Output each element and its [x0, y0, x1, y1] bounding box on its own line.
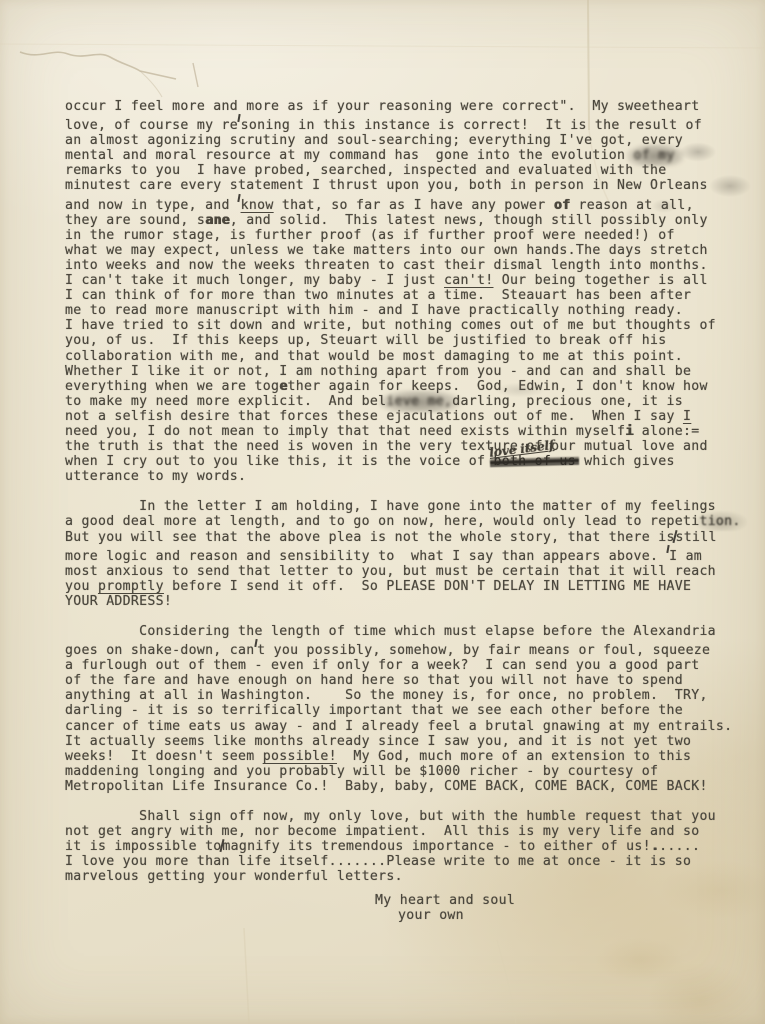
typewritten-line: me to read more manuscript with him - an…	[65, 303, 750, 318]
typewritten-line: cancer of time eats us away - and I alre…	[65, 719, 750, 734]
underlined-text: I	[683, 409, 691, 424]
typewritten-line: a good deal more at length, and to go on…	[65, 514, 750, 529]
typewritten-line: I have tried to sit down and write, but …	[65, 318, 750, 333]
underlined-text: can't!	[444, 273, 493, 288]
typewritten-line: to make my need more explicit. And belie…	[65, 394, 750, 409]
typewritten-line: Whether I like it or not, I am nothing a…	[65, 364, 750, 379]
typewritten-line: I can think of for more than two minutes…	[65, 288, 750, 303]
underlined-text: know	[241, 198, 274, 213]
typewritten-line: in the rumor stage, is further proof (as…	[65, 228, 750, 243]
typewritten-line: more logic and reason and sensibility to…	[65, 545, 750, 564]
signature-line-1: My heart and soul	[375, 893, 515, 908]
typewritten-line: most anxious to send that letter to you,…	[65, 564, 750, 579]
overstruck-text: of	[554, 198, 570, 213]
typewritten-line: YOUR ADDRESS!	[65, 594, 750, 609]
typewritten-line: In the letter I am holding, I have gone …	[65, 499, 750, 514]
ink-smudge: tion.	[699, 514, 740, 529]
typewritten-line: maddening longing and you probably will …	[65, 764, 750, 779]
pen-tick-mark	[237, 114, 240, 122]
typewritten-line: you promptly before I send it off. So PL…	[65, 579, 750, 594]
typewritten-line: the truth is that the need is woven in t…	[65, 439, 750, 454]
letter-paragraph: In the letter I am holding, I have gone …	[65, 499, 750, 609]
typewritten-line: utterance to my words.	[65, 469, 750, 484]
typewritten-line: not a selfish desire that forces these e…	[65, 409, 750, 424]
overstruck-text: i	[625, 424, 633, 439]
overstruck-text: e	[279, 379, 287, 394]
overstruck-text: ane	[205, 213, 230, 228]
ink-smudge: of my	[634, 148, 675, 163]
typewritten-line: marvelous getting your wonderful letters…	[65, 869, 750, 884]
typewritten-line: mental and moral resource at my command …	[65, 148, 750, 163]
underlined-text: possible!	[263, 749, 337, 764]
typewritten-line: remarks to you I have probed, searched, …	[65, 163, 750, 178]
typewritten-line: I love you more than life itself.......P…	[65, 854, 750, 869]
letter-paragraph: Shall sign off now, my only love, but wi…	[65, 809, 750, 884]
typewritten-line: when I cry out to you like this, it is t…	[65, 454, 750, 469]
typewritten-line: But you will see that the above plea is …	[65, 530, 750, 545]
typewritten-line: minutest care every statement I thrust u…	[65, 178, 750, 193]
overstruck-text: .	[651, 839, 659, 854]
typewritten-line: It actually seems like months already si…	[65, 734, 750, 749]
typewritten-line: darling - it is so terrifically importan…	[65, 703, 750, 718]
letter-body: occur I feel more and more as if your re…	[65, 99, 750, 900]
typewritten-line: they are sound, sane, and solid. This la…	[65, 213, 750, 228]
typewritten-line: I can't take it much longer, my baby - I…	[65, 273, 750, 288]
pen-tick-mark	[254, 639, 257, 647]
typewritten-line: of the fare and have enough on hand here…	[65, 673, 750, 688]
letter-paragraph: occur I feel more and more as if your re…	[65, 99, 750, 484]
typewritten-line: need you, I do not mean to imply that th…	[65, 424, 750, 439]
typewritten-line: a furlough out of them - even if only fo…	[65, 658, 750, 673]
pen-tick-mark	[666, 545, 669, 553]
letter-page: occur I feel more and more as if your re…	[0, 0, 765, 1024]
typewritten-line: not get angry with me, nor become impati…	[65, 824, 750, 839]
typewritten-line: and now in type, and know that, so far a…	[65, 194, 750, 213]
pen-slash-mark	[219, 839, 224, 852]
letter-paragraph: Considering the length of time which mus…	[65, 624, 750, 794]
typewritten-line: Metropolitan Life Insurance Co.! Baby, b…	[65, 779, 750, 794]
typewritten-line: weeks! It doesn't seem possible! My God,…	[65, 749, 750, 764]
ink-smudge: ieve me,	[386, 394, 452, 409]
typewritten-line: collaboration with me, and that would be…	[65, 349, 750, 364]
typewritten-line: what we may expect, unless we take matte…	[65, 243, 750, 258]
typewritten-line: love, of course my resoning in this inst…	[65, 114, 750, 133]
typewritten-line: occur I feel more and more as if your re…	[65, 99, 750, 114]
typewritten-line: goes on shake-down, cant you possibly, s…	[65, 639, 750, 658]
typewritten-line: Considering the length of time which mus…	[65, 624, 750, 639]
typewritten-line: Shall sign off now, my only love, but wi…	[65, 809, 750, 824]
pen-slash-mark	[672, 530, 677, 543]
underlined-text: promptly	[98, 579, 164, 594]
typewritten-line: you, of us. If this keeps up, Steuart wi…	[65, 333, 750, 348]
typewritten-line: anything at all in Washington. So the mo…	[65, 688, 750, 703]
typewritten-line: into weeks and now the weeks threaten to…	[65, 258, 750, 273]
typewritten-line: it is impossible tomagnify its tremendou…	[65, 839, 750, 854]
signature-line-2: your own	[398, 908, 464, 923]
